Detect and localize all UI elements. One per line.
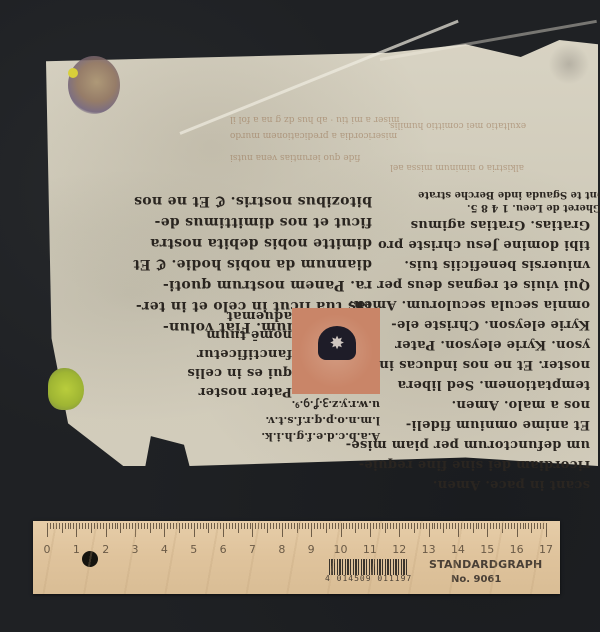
ruler-tick — [288, 523, 289, 529]
ruler-tick — [185, 523, 186, 529]
ruler-tick — [109, 523, 110, 529]
ruler-tick — [426, 523, 427, 529]
ruler-tick — [376, 523, 377, 529]
ruler-tick — [279, 523, 280, 529]
ruler-tick — [197, 523, 198, 529]
ruler-tick — [514, 523, 515, 529]
ruler-tick — [355, 523, 356, 533]
ruler-tick — [329, 523, 330, 529]
ruler-tick — [203, 523, 204, 529]
ruler-tick — [458, 523, 459, 537]
ruler-tick — [261, 523, 262, 529]
ruler-tick — [126, 523, 127, 529]
ruler-tick — [317, 523, 318, 529]
ruler-tick — [537, 523, 538, 529]
ruler-tick — [476, 523, 477, 529]
ruler-tick — [505, 523, 506, 529]
ruler-tick — [323, 523, 324, 529]
ruler-tick — [258, 523, 259, 529]
ruler-tick — [379, 523, 380, 529]
ruler-tick — [79, 523, 80, 529]
ruler-tick — [176, 523, 177, 529]
ruler-tick — [208, 523, 209, 533]
ruler-tick — [308, 523, 309, 529]
ruler-tick — [520, 523, 521, 529]
ruler-tick — [91, 523, 92, 533]
text-line: temptationem. Sed libera — [414, 374, 590, 394]
barcode-number: 4 014509 011197 — [325, 574, 412, 583]
text-line: ricordiam dei sine fine requie- — [414, 454, 590, 474]
ruler-brand: STANDARDGRAPH — [429, 558, 542, 571]
ruler-tick — [285, 523, 286, 529]
ruler-number: 0 — [44, 543, 51, 556]
ruler-tick — [100, 523, 101, 529]
text-line: dimitte nobis debita nostra — [206, 232, 372, 253]
ruler-tick — [270, 523, 271, 529]
ruler-tick — [117, 523, 118, 529]
ruler-number: 16 — [510, 543, 524, 556]
ruler-tick — [173, 523, 174, 529]
ruler-tick — [484, 523, 485, 529]
ruler-tick — [399, 523, 400, 537]
offset-text-line: alkistria o niminum missa ael — [390, 160, 524, 173]
ruler-tick — [367, 523, 368, 529]
ruler-number: 3 — [132, 543, 139, 556]
ruler-tick — [76, 523, 77, 537]
ruler-tick — [320, 523, 321, 529]
ruler-tick — [223, 523, 224, 537]
text-line: Qui viuis et regnas deus per — [414, 274, 590, 294]
ruler-tick — [449, 523, 450, 529]
ruler-tick — [496, 523, 497, 529]
ruler-tick — [62, 523, 63, 533]
ruler-tick — [250, 523, 251, 529]
ruler-number: 14 — [451, 543, 465, 556]
ruler-tick — [446, 523, 447, 529]
ruler-tick — [238, 523, 239, 533]
ruler-tick — [150, 523, 151, 533]
ruler-tick — [179, 523, 180, 533]
ruler-tick — [423, 523, 424, 529]
ruler-tick — [408, 523, 409, 529]
ruler-tick — [217, 523, 218, 529]
initial-emblem-icon: ✸ — [318, 326, 356, 360]
ruler-tick — [291, 523, 292, 529]
ruler-tick — [65, 523, 66, 529]
ruler-tick — [387, 523, 388, 529]
ruler-tick — [85, 523, 86, 529]
text-line: Kyrie eleyson. Christe ele- — [414, 314, 590, 334]
ruler-number: 10 — [334, 543, 348, 556]
ruler-tick — [411, 523, 412, 529]
ruler-tick — [302, 523, 303, 529]
ruler-tick — [349, 523, 350, 529]
ruler-tick — [361, 523, 362, 529]
text-line: aduemat — [208, 306, 292, 325]
ruler-ticks: 01234567891011121314151617 — [47, 523, 546, 543]
ruler-tick — [540, 523, 541, 529]
ruler-tick — [440, 523, 441, 529]
ruler-tick — [455, 523, 456, 529]
ruler-tick — [478, 523, 479, 529]
ruler-tick — [120, 523, 121, 533]
ruler-tick — [147, 523, 148, 529]
right-text-column: scant in pace. Amen. ricordiam dei sine … — [414, 214, 590, 494]
ruler-tick — [443, 523, 444, 533]
ruler-number: 15 — [480, 543, 494, 556]
ruler-tick — [188, 523, 189, 529]
text-line: um defunctorum per piam mise- — [414, 434, 590, 454]
ruler-tick — [144, 523, 145, 529]
ruler-tick — [94, 523, 95, 529]
ruler-tick — [385, 523, 386, 533]
ruler-tick — [370, 523, 371, 537]
ruler-tick — [123, 523, 124, 529]
ruler-model: No. 9061 — [451, 574, 501, 585]
ruler-tick — [437, 523, 438, 529]
stain-mark — [548, 44, 590, 84]
ruler-tick — [481, 523, 482, 529]
ruler-tick — [493, 523, 494, 529]
ruler-number: 9 — [308, 543, 315, 556]
ruler-tick — [461, 523, 462, 529]
ruler-tick — [487, 523, 488, 537]
offset-text-line: exultatio mei comittio humilis — [390, 118, 526, 131]
ruler-tick — [132, 523, 133, 529]
ruler-tick — [467, 523, 468, 529]
stain-mark — [68, 56, 120, 114]
ruler-tick — [311, 523, 312, 537]
ruler-tick — [264, 523, 265, 529]
ruler-tick — [364, 523, 365, 529]
ruler-tick — [534, 523, 535, 529]
text-line: ficut et nos dimittimus de- — [206, 211, 372, 232]
text-line: scant in pace. Amen. — [414, 474, 590, 494]
ruler-tick — [159, 523, 160, 529]
ruler-number: 2 — [102, 543, 109, 556]
ruler-tick — [50, 523, 51, 529]
ruler-tick — [252, 523, 253, 537]
text-line: nomē tuum — [208, 325, 292, 344]
ruler-tick — [390, 523, 391, 529]
yellow-pigment-mark — [68, 68, 78, 78]
offset-text-line: misericordia a predicationem murdo — [230, 128, 397, 141]
ruler-tick — [294, 523, 295, 529]
ruler-tick — [405, 523, 406, 529]
ruler-tick — [73, 523, 74, 529]
ruler-tick — [153, 523, 154, 529]
ruler-tick — [141, 523, 142, 529]
ruler-tick — [396, 523, 397, 529]
ruler-tick — [499, 523, 500, 529]
ruler-tick — [194, 523, 195, 537]
ruler-tick — [232, 523, 233, 529]
text-line: fanctificetur — [208, 344, 292, 363]
ruler-tick — [129, 523, 130, 529]
ruler-tick — [517, 523, 518, 537]
ruler-tick — [167, 523, 168, 529]
ruler-tick — [156, 523, 157, 529]
ruler-number: 6 — [220, 543, 227, 556]
left-text-column-short: Pater noster qui es in celis fanctificet… — [208, 306, 292, 401]
ruler-tick — [299, 523, 300, 529]
ruler-tick — [528, 523, 529, 529]
text-line: qui es in celis — [208, 363, 292, 382]
ruler-tick — [226, 523, 227, 529]
ruler-tick — [508, 523, 509, 529]
ruler-tick — [235, 523, 236, 529]
ruler-tick — [452, 523, 453, 529]
text-line: ra. Panem nostrum quoti- — [206, 274, 372, 295]
colophon-line: by my Gheret de Leeu. 1 4 8 5. — [418, 201, 600, 214]
ruler-tick — [88, 523, 89, 529]
ruler-tick — [282, 523, 283, 537]
ruler-tick — [525, 523, 526, 529]
offset-text-line: miser a mi tiu · ab hus dz g na a fol il — [230, 112, 399, 125]
ruler-tick — [115, 523, 116, 529]
ruler-tick — [164, 523, 165, 537]
ruler-tick — [244, 523, 245, 529]
ruler-tick — [273, 523, 274, 529]
ruler-number: 7 — [249, 543, 256, 556]
ruler-tick — [170, 523, 171, 529]
text-line: noster. Et ne nos inducas in — [414, 354, 590, 374]
ruler-tick — [470, 523, 471, 529]
ruler-number: 1 — [73, 543, 80, 556]
ruler-tick — [59, 523, 60, 529]
ruler-tick — [335, 523, 336, 529]
ruler-tick — [502, 523, 503, 533]
ruler-tick — [434, 523, 435, 529]
ruler-tick — [97, 523, 98, 529]
barcode — [329, 559, 409, 575]
text-line: Et anime omnium fideli- — [414, 414, 590, 434]
ruler-tick — [182, 523, 183, 529]
ruler-tick — [341, 523, 342, 537]
text-line: yson. Kyrie eleyson. Pater — [414, 334, 590, 354]
colophon-line: Gheprent te Sgauda inde Berche strate — [418, 188, 600, 201]
ruler-tick — [346, 523, 347, 529]
ruler-tick — [161, 523, 162, 529]
ruler-number: 8 — [278, 543, 285, 556]
ruler-tick — [352, 523, 353, 529]
ruler-tick — [247, 523, 248, 529]
ruler-tick — [135, 523, 136, 537]
text-line: tibi domine Jesu christe pro — [414, 234, 590, 254]
ruler-tick — [373, 523, 374, 529]
ruler-tick — [473, 523, 474, 533]
text-line: Gratias. Gratias agimus — [414, 214, 590, 234]
ruler-tick — [402, 523, 403, 529]
alphabet-line: u.w.r.y.z.ꝫ.ꝭ.ꝯ.ꝰ. — [210, 396, 380, 412]
offset-text-line: fide quo ieruntias vena nutsi — [230, 150, 360, 163]
ruler-number: 17 — [539, 543, 553, 556]
ruler-number: 13 — [422, 543, 436, 556]
ruler-tick — [138, 523, 139, 529]
ruler-tick — [82, 523, 83, 529]
ruler-tick — [314, 523, 315, 529]
ruler-tick — [267, 523, 268, 533]
ruler-tick — [429, 523, 430, 537]
ruler-number: 12 — [392, 543, 406, 556]
ruler-tick — [53, 523, 54, 529]
ruler-tick — [332, 523, 333, 529]
ruler-tick — [432, 523, 433, 529]
ruler-number: 4 — [161, 543, 168, 556]
text-line: bitozibus nostris. ℭ Et ne nos — [206, 190, 372, 211]
ruler-tick — [297, 523, 298, 533]
ruler-tick — [206, 523, 207, 529]
text-line: omnia secula seculorum. Amen. — [414, 294, 590, 314]
ruler-tick — [229, 523, 230, 529]
ruler-tick — [211, 523, 212, 529]
ruler-tick — [70, 523, 71, 529]
ruler-hole — [82, 551, 98, 567]
ruler-tick — [68, 523, 69, 529]
ruler-tick — [531, 523, 532, 533]
ruler-tick — [414, 523, 415, 533]
measuring-ruler: 01234567891011121314151617 4 014509 0111… — [33, 521, 560, 594]
ruler-tick — [523, 523, 524, 529]
ruler-tick — [220, 523, 221, 529]
ruler-tick — [106, 523, 107, 537]
ruler-tick — [276, 523, 277, 529]
ruler-tick — [343, 523, 344, 529]
ruler-tick — [56, 523, 57, 529]
ruler-tick — [214, 523, 215, 529]
ruler-number: 11 — [363, 543, 377, 556]
ruler-tick — [47, 523, 48, 537]
green-pigment-patch — [48, 368, 84, 410]
alphabet-line: l.m.n.o.p.q.r.ſ.s.t.v. — [210, 412, 380, 428]
ruler-tick — [112, 523, 113, 529]
ruler-tick — [546, 523, 547, 537]
ruler-tick — [191, 523, 192, 529]
colophon: by my Gheret de Leeu. 1 4 8 5. Gheprent … — [418, 188, 600, 214]
ruler-tick — [255, 523, 256, 529]
ruler-tick — [490, 523, 491, 529]
ruler-number: 5 — [190, 543, 197, 556]
ruler-tick — [382, 523, 383, 529]
ruler-tick — [420, 523, 421, 529]
ruler-tick — [338, 523, 339, 529]
ruler-tick — [200, 523, 201, 529]
text-line: nos a malo. Amen. — [414, 394, 590, 414]
ruler-tick — [241, 523, 242, 529]
ruler-tick — [511, 523, 512, 529]
text-line: vniuersis beneficiis tuis. — [414, 254, 590, 274]
ruler-tick — [103, 523, 104, 529]
ruler-tick — [393, 523, 394, 529]
ruler-tick — [326, 523, 327, 533]
ruler-tick — [464, 523, 465, 529]
ruler-tick — [305, 523, 306, 529]
decorated-initial: ✸ — [292, 308, 380, 394]
ruler-tick — [417, 523, 418, 529]
text-line: diannum da nobis hodie. ℭ Et — [206, 253, 372, 274]
ruler-tick — [358, 523, 359, 529]
ruler-tick — [543, 523, 544, 529]
